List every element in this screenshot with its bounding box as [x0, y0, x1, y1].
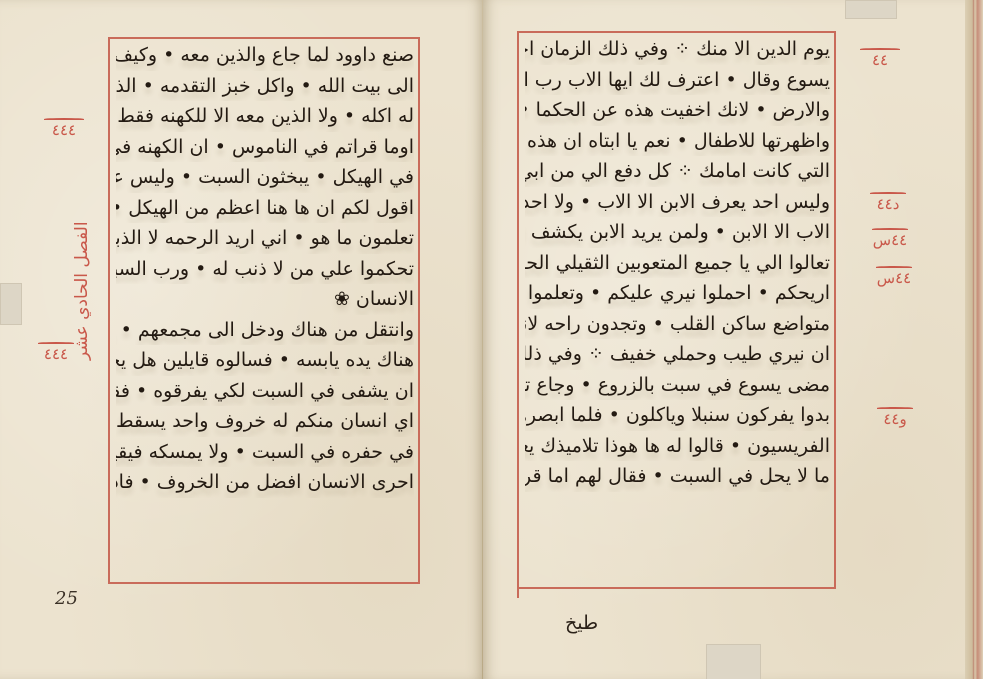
- overline-mark: [877, 407, 913, 409]
- folio-number: 25: [55, 588, 78, 609]
- overline-mark: [870, 192, 906, 194]
- text-line: اقول لكم ان ها هنا اعظم من الهيكل • او ك…: [116, 193, 414, 224]
- overline-mark: [872, 228, 908, 230]
- overline-mark: [860, 48, 900, 50]
- text-line: ان نيري طيب وحملي خفيف ⁘ وفي ذلك الزمان: [525, 339, 830, 370]
- text-line: مضى يسوع في سبت بالزروع • وجاع تلاميذه: [525, 370, 830, 401]
- overline-mark: [44, 118, 84, 120]
- vertical-rubric: الفصل الحادي عشر: [72, 200, 92, 360]
- text-line: هناك يده يابسه • فسالوه قايلين هل يحل: [116, 345, 414, 376]
- margin-note-lower: ٤٤٤: [34, 342, 78, 363]
- right-text-block: يوم الدين الا منك ⁘ وفي ذلك الزمان اجاب …: [525, 34, 830, 492]
- text-line: اوما قراتم في الناموس • ان الكهنه في الس…: [116, 132, 414, 163]
- text-line: في حفره في السبت • ولا يمسكه فيقيمه • فك…: [116, 437, 414, 468]
- text-line: له اكله • ولا الذين معه الا للكهنه فقط ⁘: [116, 101, 414, 132]
- margin-note-top: ٤٤: [858, 48, 902, 69]
- left-text-block: صنع داوود لما جاع والذين معه • وكيف دخل …: [116, 40, 414, 498]
- margin-note-lower: و٤٤: [873, 407, 917, 428]
- text-line: وليس احد يعرف الابن الا الاب • ولا احد ي…: [525, 187, 830, 218]
- text-line: الفريسيون • قالوا له ها هوذا تلاميذك يعم…: [525, 431, 830, 462]
- overline-mark: [38, 342, 74, 344]
- text-line: ما لا يحل في السبت • فقال لهم اما قراتم …: [525, 461, 830, 492]
- margin-note-mid3: ٤٤س: [872, 266, 916, 287]
- text-line: في الهيكل • يبخثون السبت • وليس عليهم ذن…: [116, 162, 414, 193]
- text-line: صنع داوود لما جاع والذين معه • وكيف دخل: [116, 40, 414, 71]
- text-line: بدوا يفركون سنبلا وياكلون • فلما ابصرهم: [525, 400, 830, 431]
- text-line: اي انسان منكم له خروف واحد يسقط: [116, 406, 414, 437]
- frame-extension: [517, 588, 519, 598]
- catchword: طيخ: [565, 612, 598, 634]
- text-line: يسوع وقال • اعترف لك ايها الاب رب السموا…: [525, 65, 830, 96]
- right-page: يوم الدين الا منك ⁘ وفي ذلك الزمان اجاب …: [483, 0, 983, 679]
- left-page: صنع داوود لما جاع والذين معه • وكيف دخل …: [0, 0, 483, 679]
- text-line: الى بيت الله • واكل خبز التقدمه • الذي ل…: [116, 71, 414, 102]
- manuscript-spread: صنع داوود لما جاع والذين معه • وكيف دخل …: [0, 0, 983, 679]
- page-tab-top: [845, 0, 897, 19]
- page-tab: [0, 283, 22, 325]
- text-line: والارض • لانك اخفيت هذه عن الحكما • والف…: [525, 95, 830, 126]
- text-line: وانتقل من هناك ودخل الى مجمعهم • واذا رج…: [116, 315, 414, 346]
- margin-note-upper: ٤٤٤: [40, 118, 88, 139]
- page-tab-bottom: [706, 644, 761, 679]
- text-line: تعالوا الي يا جميع المتعوبين الثقيلي الح…: [525, 248, 830, 279]
- text-line: احرى الانسان افضل من الخروف • فاذن: [116, 467, 414, 498]
- margin-note-mid2: ٤٤س: [868, 228, 912, 249]
- text-line: الانسان ❀: [116, 284, 414, 315]
- page-edge: [965, 0, 983, 679]
- text-line: واظهرتها للاطفال • نعم يا ابتاه ان هذه ا…: [525, 126, 830, 157]
- text-line: الاب الا الابن • ولمن يريد الابن يكشف له…: [525, 217, 830, 248]
- overline-mark: [876, 266, 912, 268]
- text-line: التي كانت امامك ⁘ كل دفع الي من ابي ⁘: [525, 156, 830, 187]
- text-line: تحكموا علي من لا ذنب له • ورب السبت هو ا…: [116, 254, 414, 285]
- margin-note-mid1: د٤٤: [866, 192, 910, 213]
- text-line: تعلمون ما هو • اني اريد الرحمه لا الذبيح…: [116, 223, 414, 254]
- text-line: اريحكم • احملوا نيري عليكم • وتعلموا مني…: [525, 278, 830, 309]
- text-line: ان يشفى في السبت لكي يفرقوه • فقال لهم: [116, 376, 414, 407]
- text-line: متواضع ساكن القلب • وتجدون راحه لانفسكم: [525, 309, 830, 340]
- text-line: يوم الدين الا منك ⁘ وفي ذلك الزمان اجاب: [525, 34, 830, 65]
